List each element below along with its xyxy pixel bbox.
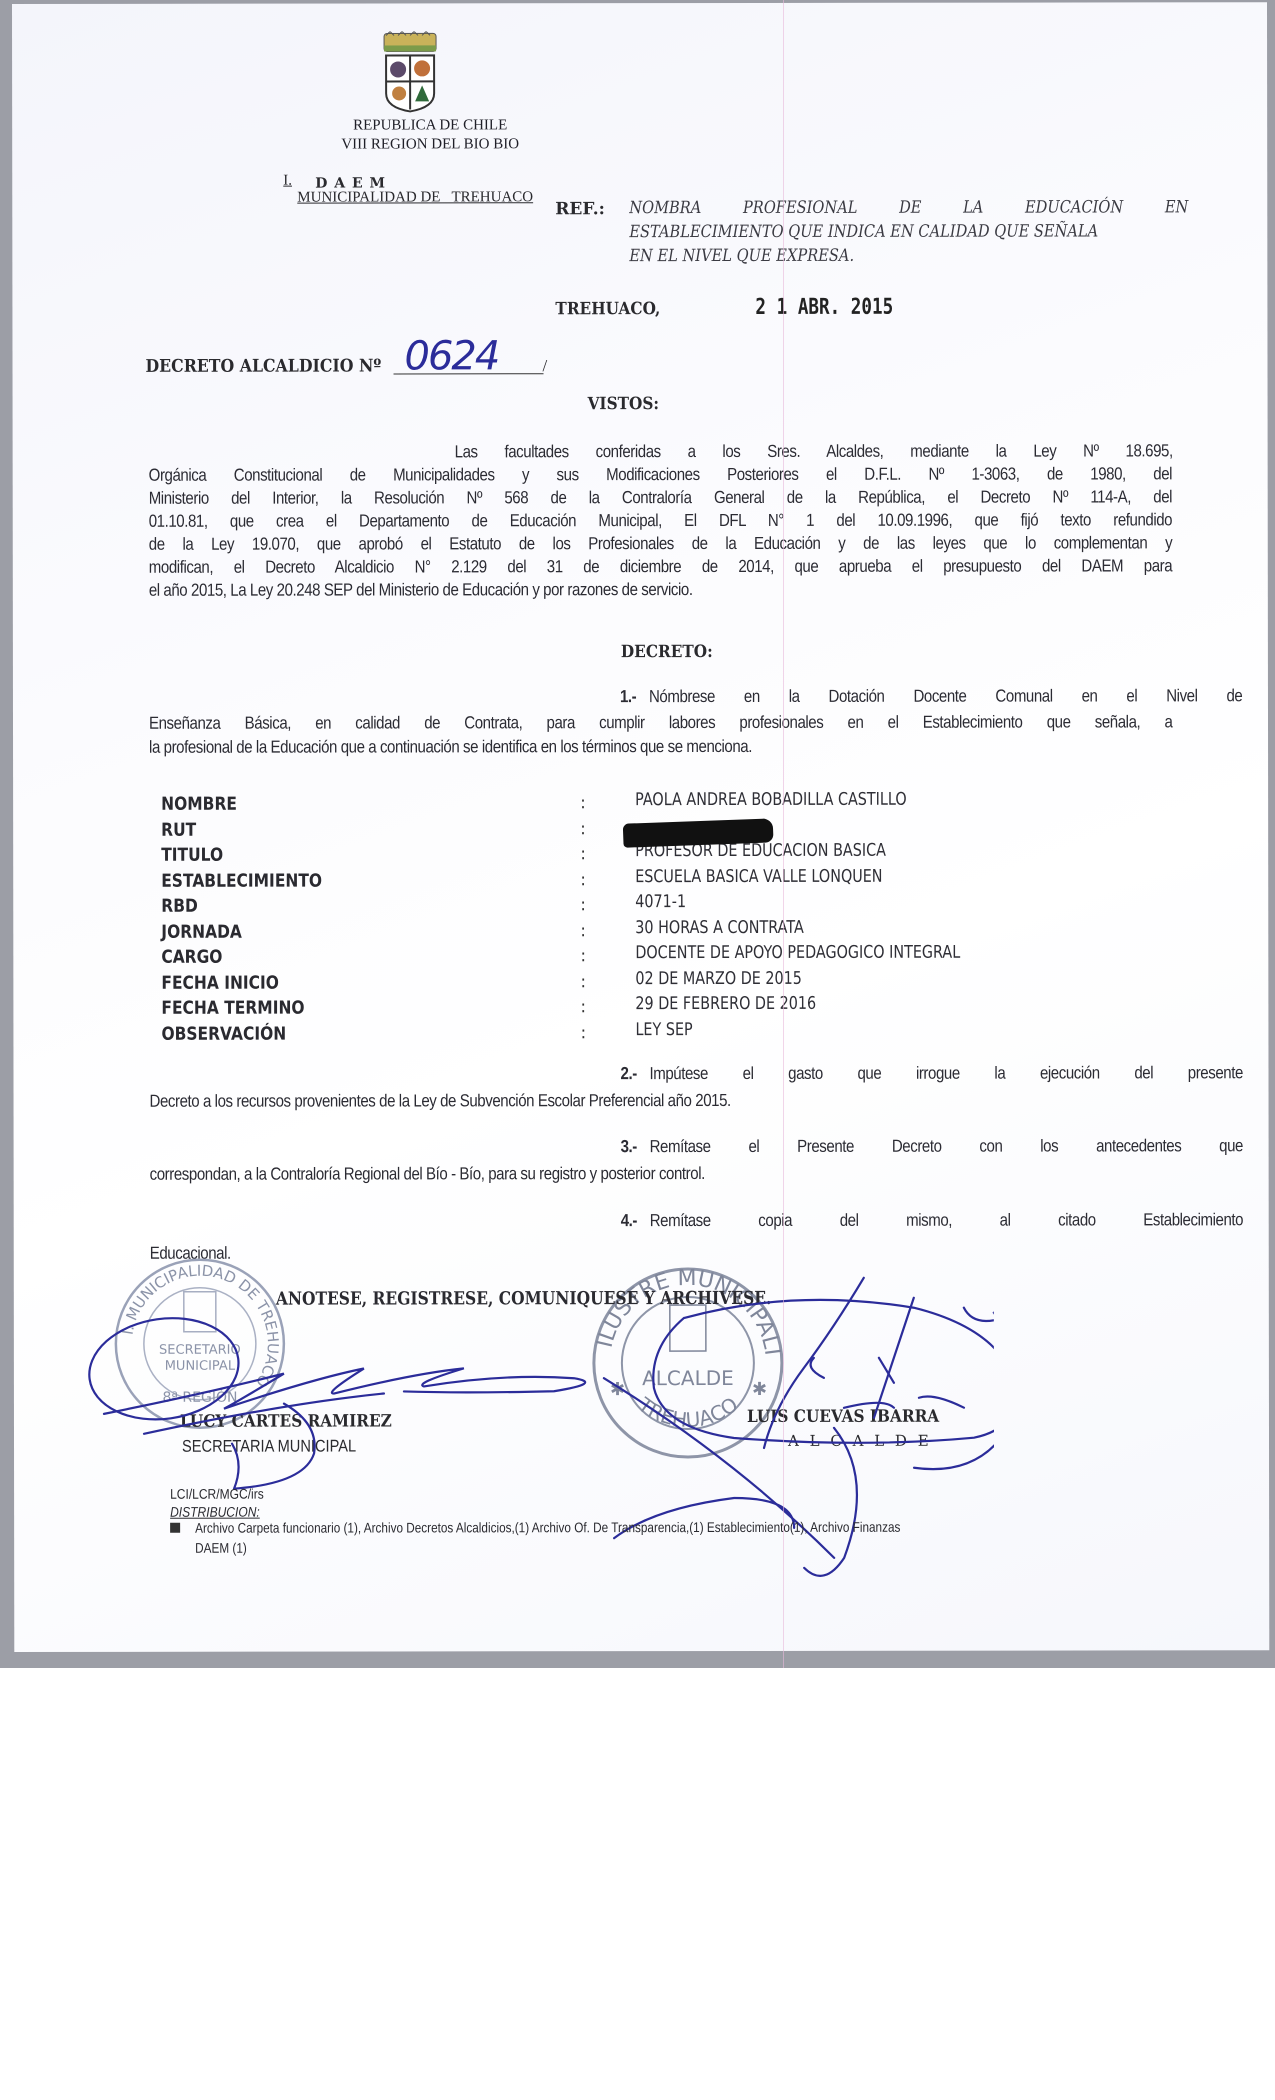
document-page: REPUBLICA DE CHILE VIII REGION DEL BIO B… — [12, 2, 1269, 1652]
place: TREHUACO, — [555, 299, 660, 319]
secretary-stamp-icon: I. MUNICIPALIDAD DE TREHUACO SECRETARIO … — [110, 1254, 290, 1434]
item-line: Enseñanza Básica, en calidad de Contrata… — [149, 711, 1172, 733]
decreto-heading: DECRETO: — [621, 642, 713, 662]
detail-value: LEY SEP — [635, 1020, 692, 1040]
detail-label: RUT — [161, 819, 196, 840]
item-line: Remítase copia del mismo, al citado Esta… — [650, 1209, 1243, 1231]
letterhead-line-3: I. MUNICIPALIDAD DE TREHUACO — [268, 155, 533, 223]
item-line: Educacional. — [150, 1243, 231, 1264]
item-line: Remítase el Presente Decreto con los ant… — [650, 1135, 1243, 1157]
detail-label: TITULO — [161, 845, 223, 866]
detail-value: 02 DE MARZO DE 2015 — [635, 968, 802, 988]
detail-colon: : — [580, 921, 586, 941]
detail-label: NOMBRE — [161, 794, 237, 815]
item-line: Impútese el gasto que irrogue la ejecuci… — [649, 1062, 1242, 1084]
detail-colon: : — [580, 1023, 586, 1043]
svg-text:ILUSTRE MUNICIPALIDAD: ILUSTRE MUNICIPALIDAD — [588, 1263, 785, 1357]
item-number: 2.- — [620, 1063, 636, 1084]
secretary-signature-icon — [84, 1283, 784, 1504]
detail-colon: : — [580, 946, 586, 966]
decree-number-handwritten: 0624 — [404, 333, 498, 379]
decree-number-suffix: / — [542, 356, 547, 376]
svg-text:✱: ✱ — [752, 1379, 767, 1399]
vistos-line: Orgánica Constitucional de Municipalidad… — [149, 463, 1172, 485]
svg-text:TREHUACO: TREHUACO — [633, 1392, 742, 1432]
detail-value: 29 DE FEBRERO DE 2016 — [635, 994, 816, 1014]
detail-value: PAOLA ANDREA BOBADILLA CASTILLO — [635, 790, 907, 810]
detail-colon: : — [580, 997, 586, 1017]
detail-value: 30 HORAS A CONTRATA — [635, 917, 804, 937]
item-number: 3.- — [621, 1136, 637, 1157]
letterhead-municipality: MUNICIPALIDAD DE TREHUACO — [297, 189, 533, 205]
svg-text:SECRETARIO: SECRETARIO — [159, 1343, 241, 1358]
detail-label: JORNADA — [161, 921, 242, 942]
item-line: correspondan, a la Contraloría Regional … — [150, 1163, 705, 1185]
svg-text:✱: ✱ — [610, 1379, 625, 1399]
detail-label: OBSERVACIÓN — [161, 1023, 286, 1044]
date-stamp: 2 1 ABR. 2015 — [755, 295, 893, 320]
distribution-line: Archivo Carpeta funcionario (1), Archivo… — [195, 1519, 900, 1536]
item-line: Decreto a los recursos provenientes de l… — [150, 1090, 731, 1112]
secretary-name: LUCY CARTES RAMIREZ — [180, 1411, 392, 1431]
detail-value: DOCENTE DE APOYO PEDAGOGICO INTEGRAL — [635, 943, 960, 963]
detail-label: CARGO — [161, 947, 222, 968]
secretary-title: SECRETARIA MUNICIPAL — [182, 1437, 356, 1457]
detail-colon: : — [580, 793, 586, 813]
vistos-line: de la Ley 19.070, que aprobó el Estatuto… — [149, 532, 1172, 554]
svg-text:I. MUNICIPALIDAD DE TREHUACO: I. MUNICIPALIDAD DE TREHUACO — [118, 1261, 282, 1390]
vistos-line: 01.10.81, que crea el Departamento de Ed… — [149, 509, 1172, 531]
decree-number-label: DECRETO ALCALDICIO Nº — [145, 356, 381, 376]
item-number: 4.- — [621, 1210, 637, 1231]
detail-colon: : — [580, 870, 586, 890]
svg-text:ALCALDE: ALCALDE — [642, 1366, 734, 1390]
letterhead-daem: D A E M — [315, 175, 386, 191]
item-line: Nómbrese en la Dotación Docente Comunal … — [649, 685, 1242, 707]
detail-label: FECHA INICIO — [161, 972, 279, 993]
detail-colon: : — [580, 972, 586, 992]
detail-value: ESCUELA BASICA VALLE LONQUEN — [635, 866, 882, 886]
detail-colon: : — [580, 895, 586, 915]
vistos-line: Las facultades conferidas a los Sres. Al… — [455, 440, 1173, 462]
closing-formula: ANOTESE, REGISTRESE, COMUNIQUESE Y ARCHI… — [276, 1288, 772, 1310]
coat-of-arms-icon — [378, 31, 442, 113]
mayor-name: LUIS CUEVAS IBARRA — [747, 1407, 939, 1427]
scan-artifact-line — [783, 0, 784, 1668]
vistos-line: modifican, el Decreto Alcaldicio N° 2.12… — [149, 555, 1172, 577]
letterhead-prefix: I. — [283, 173, 292, 189]
letterhead-line-2: VIII REGION DEL BIO BIO — [280, 136, 580, 153]
item-line: la profesional de la Educación que a con… — [149, 736, 752, 758]
detail-colon: : — [580, 819, 586, 839]
svg-text:MUNICIPAL: MUNICIPAL — [165, 1359, 236, 1374]
ref-line: EN EL NIVEL QUE EXPRESA. — [629, 245, 1111, 270]
detail-label: RBD — [161, 896, 198, 917]
mayor-title: A L C A L D E — [788, 1432, 932, 1450]
distribution-line: DAEM (1) — [195, 1540, 247, 1556]
item-number: 1.- — [620, 686, 636, 707]
svg-text:8ª REGIÓN: 8ª REGIÓN — [162, 1388, 237, 1406]
vistos-line: Ministerio del Interior, la Resolución N… — [149, 486, 1172, 508]
vistos-heading: VISTOS: — [588, 394, 660, 414]
ref-label: REF.: — [555, 199, 605, 219]
detail-value: 4071-1 — [635, 892, 686, 912]
letterhead-line-1: REPUBLICA DE CHILE — [280, 117, 580, 134]
initials: LCI/LCR/MGC/irs — [170, 1486, 264, 1502]
bullet-icon — [170, 1523, 180, 1533]
distribution-label: DISTRIBUCION: — [170, 1504, 260, 1520]
detail-colon: : — [580, 844, 586, 864]
ref-line: ESTABLECIMIENTO QUE INDICA EN CALIDAD QU… — [629, 221, 1111, 246]
detail-label: ESTABLECIMIENTO — [161, 870, 322, 891]
ref-line: NOMBRA PROFESIONAL DE LA EDUCACIÓN EN — [629, 197, 1188, 222]
detail-label: FECHA TERMINO — [161, 998, 304, 1019]
ref-subject: NOMBRA PROFESIONAL DE LA EDUCACIÓN EN ES… — [629, 197, 1189, 270]
vistos-line: el año 2015, La Ley 20.248 SEP del Minis… — [149, 579, 693, 601]
